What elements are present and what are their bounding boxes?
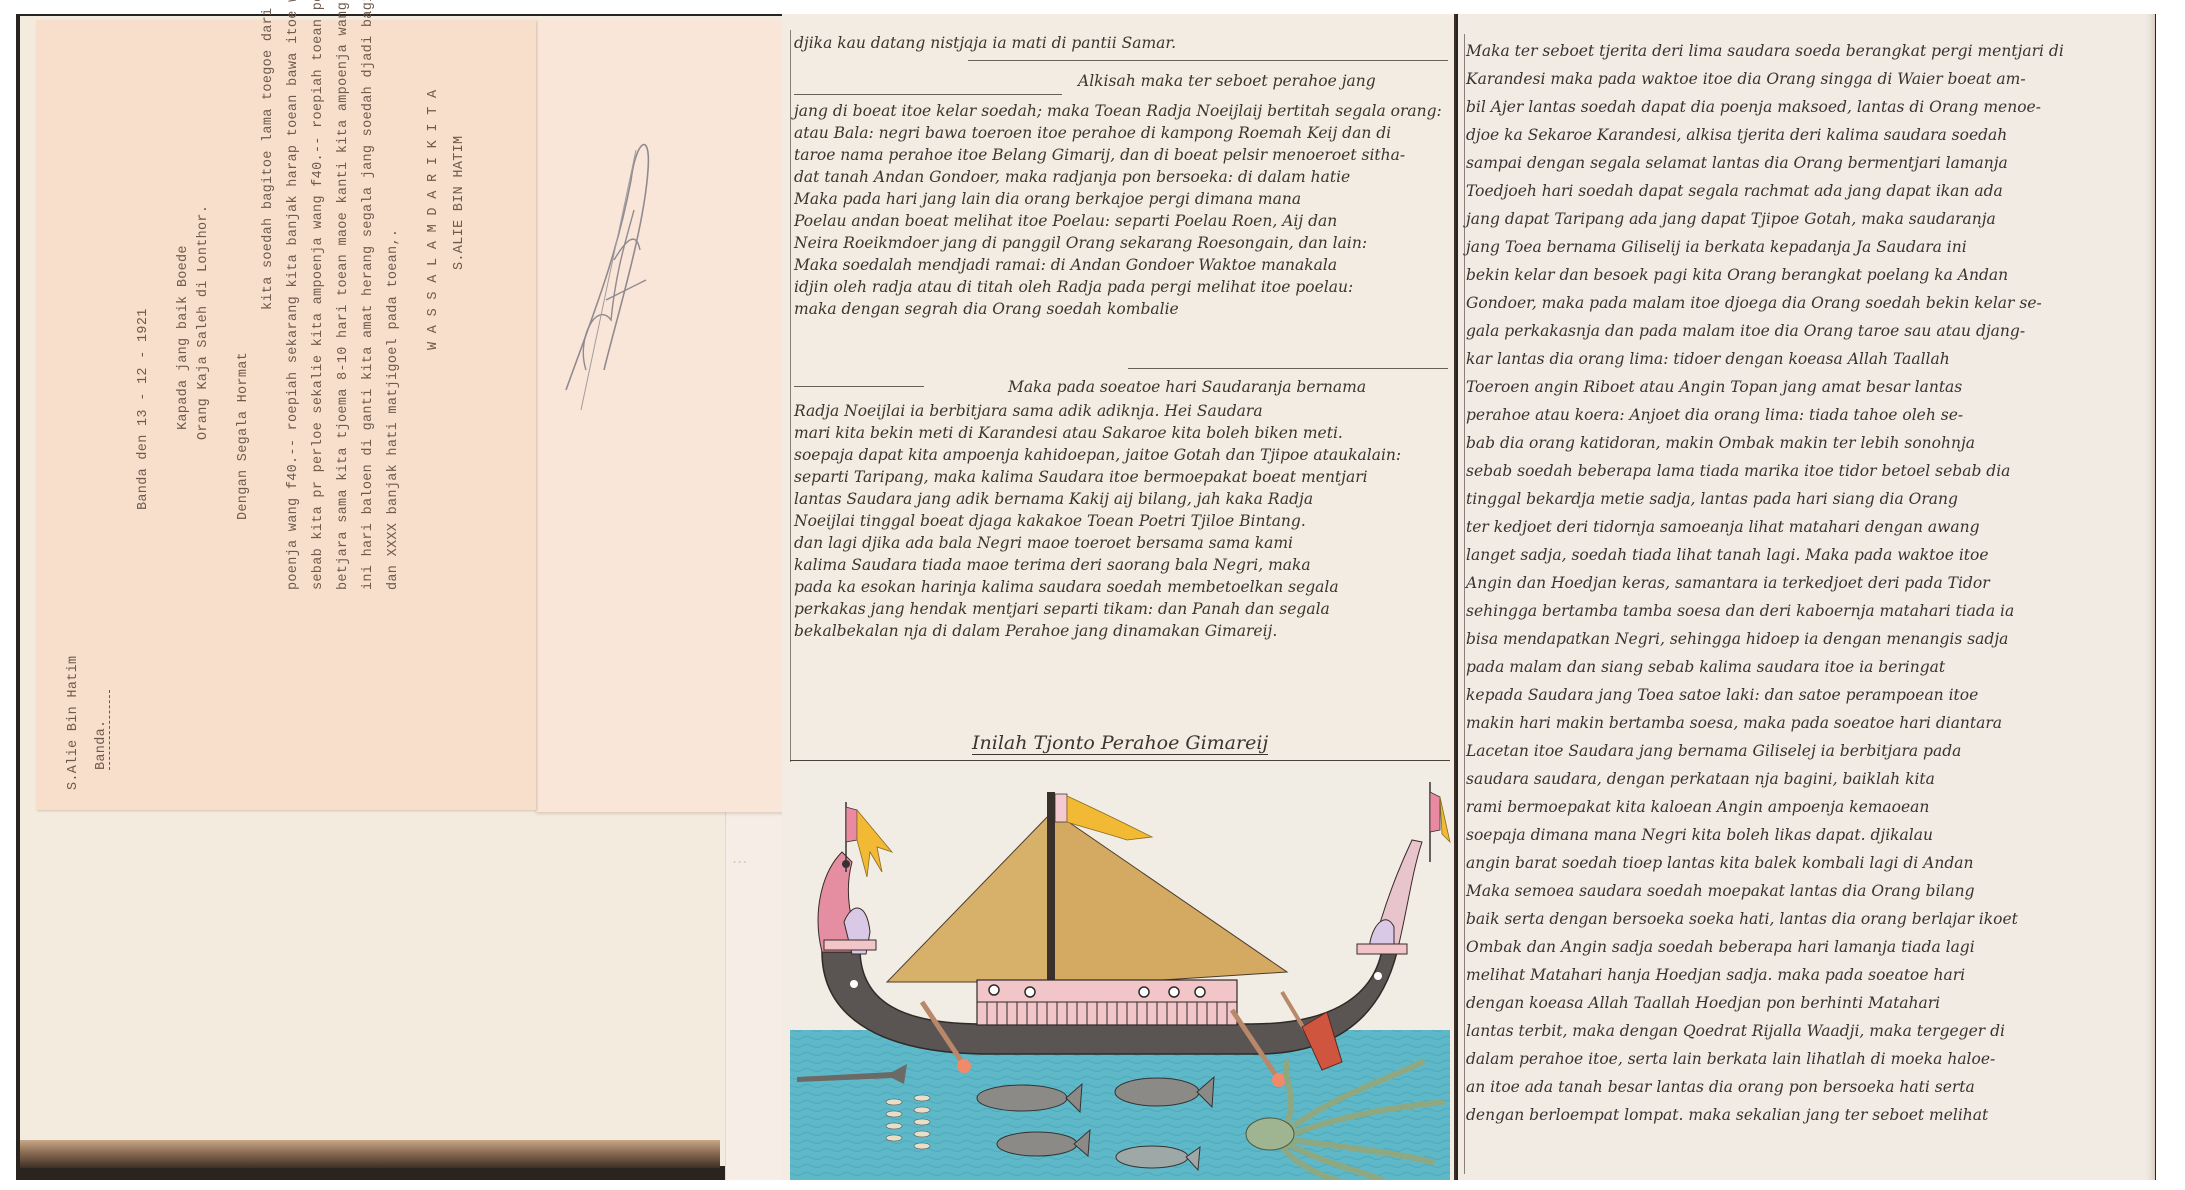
letter-body-line: kita soedah bagitoe lama toegoe dari kit… <box>261 0 276 310</box>
letter-body-line: poenja wang f40.-- roepiah sekarang kita… <box>286 0 301 590</box>
text-line: makin hari makin bertamba soesa, maka pa… <box>1466 712 2002 734</box>
manuscript-page-middle: djika kau datang nistjaja ia mati di pan… <box>782 14 1456 1180</box>
text-line: jang dapat Taripang ada jang dapat Tjipo… <box>1466 208 1996 230</box>
text-line: Radja Noeijlai ia berbitjara sama adik a… <box>794 400 1263 422</box>
text-line: melihat Matahari hanja Hoedjan sadja. ma… <box>1466 964 1965 986</box>
fish <box>1116 1146 1188 1168</box>
fish <box>1115 1078 1199 1106</box>
text-line: angin barat soedah tioep lantas kita bal… <box>1466 852 1974 874</box>
book-page-edges <box>20 1140 720 1168</box>
letter-recipient-2: Orang Kaja Saleh di Lonthor. <box>196 205 211 440</box>
ship-illustration <box>782 762 1454 1180</box>
text-line: perkakas jang hendak mentjari separti ti… <box>794 598 1330 620</box>
text-line: Neira Roeikmdoer jang di panggil Orang s… <box>794 232 1367 254</box>
text-line: rami bermoepakat kita kaloean Angin ampo… <box>1466 796 1929 818</box>
text-line: jang Toea bernama Giliselij ia berkata k… <box>1466 236 1967 258</box>
handwritten-signature-icon <box>556 120 666 420</box>
text-line: dat tanah Andan Gondoer, maka radjanja p… <box>794 166 1350 188</box>
text-line: jang di boeat itoe kelar soedah; maka To… <box>794 100 1442 122</box>
text-line: an itoe ada tanah besar lantas dia orang… <box>1466 1076 1975 1098</box>
text-line: Maka soedalah mendjadi ramai: di Andan G… <box>794 254 1337 276</box>
text-line: saudara saudara, dengan perkataan nja ba… <box>1466 768 1935 790</box>
letter-body-line: sebab kita pr perloe sekalie kita ampoen… <box>311 0 326 590</box>
text-line: Maka ter seboet tjerita deri lima saudar… <box>1466 40 2064 62</box>
text-line: dengan berloempat lompat. maka sekalian … <box>1466 1104 1988 1126</box>
text-line: lantas terbit, maka dengan Qoedrat Rijal… <box>1466 1020 2005 1042</box>
text-line: separti Taripang, maka kalima Saudara it… <box>794 466 1368 488</box>
text-line: maka dengan segrah dia Orang soedah komb… <box>794 298 1179 320</box>
text-line: pada malam dan siang sebab kalima saudar… <box>1466 656 1945 678</box>
text-line: idjin oleh radja atau di titah oleh Radj… <box>794 276 1353 298</box>
text-line: kalima Saudara tiada maoe terima deri sa… <box>794 554 1311 576</box>
text-line: Karandesi maka pada waktoe itoe dia Oran… <box>1466 68 2026 90</box>
text-line: djoe ka Sekaroe Karandesi, alkisa tjerit… <box>1466 124 2007 146</box>
letter-recipient: Kapada jang baik Boede <box>176 245 191 430</box>
text-line: Lacetan itoe Saudara jang bernama Gilise… <box>1466 740 1961 762</box>
text-line: Maka pada hari jang lain dia orang berka… <box>794 188 1301 210</box>
text-line: gala perkakasnja dan pada malam itoe dia… <box>1466 320 2025 342</box>
manuscript-page-right: Maka ter seboet tjerita deri lima saudar… <box>1458 14 2155 1180</box>
flag-left <box>846 807 857 842</box>
text-line: dengan koeasa Allah Taallah Hoedjan pon … <box>1466 992 1940 1014</box>
illustration-frame-top <box>790 760 1450 761</box>
mast <box>1047 792 1055 1002</box>
fish <box>977 1085 1067 1111</box>
text-line: sehingga bertamba tamba soesa dan deri k… <box>1466 600 2014 622</box>
text-line: bisa mendapatkan Negri, sehingga hidoep … <box>1466 628 2008 650</box>
text-line: Toedjoeh hari soedah dapat segala rachma… <box>1466 180 2003 202</box>
text-line: Maka pada soeatoe hari Saudaranja bernam… <box>1008 376 1366 398</box>
text-line: Alkisah maka ter seboet perahoe jang <box>1078 70 1376 92</box>
letter-body-line: betjara sama kita tjoema 8-10 hari toean… <box>336 0 351 590</box>
text-line: Maka semoea saudara soedah moepakat lant… <box>1466 880 1975 902</box>
text-line: atau Bala: negri bawa toeroen itoe perah… <box>794 122 1391 144</box>
letter-signatory: S.ALIE BIN HATIM <box>452 136 467 270</box>
section-rule <box>1128 368 1448 369</box>
text-line: Toeroen angin Riboet atau Angin Topan ja… <box>1466 376 1962 398</box>
letter-sender-place: Banda. <box>94 690 110 770</box>
text-line: ter kedjoet deri tidornja samoeanja liha… <box>1466 516 1980 538</box>
text-line: bekalbekalan nja di dalam Perahoe jang d… <box>794 620 1277 642</box>
text-line: mari kita bekin meti di Karandesi atau S… <box>794 422 1343 444</box>
typed-letter: Banda den 13 - 12 - 1921 Kapada jang bai… <box>36 20 536 810</box>
text-line: sampai dengan segala selamat lantas dia … <box>1466 152 2008 174</box>
text-line: dan lagi djika ada bala Negri maoe toero… <box>794 532 1293 554</box>
text-line: baik serta dengan bersoeka soeka hati, l… <box>1466 908 2018 930</box>
text-line: kepada Saudara jang Toea satoe laki: dan… <box>1466 684 1978 706</box>
letter-sender-name: S.Alie Bin Hatim <box>66 656 81 790</box>
letter-closing: W A S S A L A M D A R I K I T A <box>426 90 441 350</box>
text-line: langet sadja, soedah tiada lihat tanah l… <box>1466 544 1989 566</box>
underlying-notebook-page: ... <box>725 808 784 1180</box>
text-line: Ombak dan Angin sadja soedah beberapa ha… <box>1466 936 1975 958</box>
text-line: djika kau datang nistjaja ia mati di pan… <box>794 32 1176 54</box>
letter-folded-flap <box>536 20 786 812</box>
illustration-caption: Inilah Tjonto Perahoe Gimareij <box>972 732 1268 755</box>
text-line: Poelau andan boeat melihat itoe Poelau: … <box>794 210 1337 232</box>
text-line: Angin dan Hoedjan keras, samantara ia te… <box>1466 572 1990 594</box>
flag-right <box>1430 792 1440 832</box>
fish <box>997 1132 1077 1156</box>
text-line: sebab soedah beberapa lama tiada marika … <box>1466 460 2010 482</box>
text-line: perahoe atau koera: Anjoet dia orang lim… <box>1466 404 1963 426</box>
text-line: taroe nama perahoe itoe Belang Gimarij, … <box>794 144 1405 166</box>
text-line: Noeijlai tinggal boeat djaga kakakoe Toe… <box>794 510 1306 532</box>
text-line: tinggal bekardja metie sadja, lantas pad… <box>1466 488 1958 510</box>
text-line: soepaja dimana mana Negri kita boleh lik… <box>1466 824 1933 846</box>
section-rule <box>794 94 1062 95</box>
letter-date: Banda den 13 - 12 - 1921 <box>136 308 151 510</box>
margin-line <box>1464 34 1465 1174</box>
text-line: soepaja dapat kita ampoenja kahidoepan, … <box>794 444 1401 466</box>
text-line: bil Ajer lantas soedah dapat dia poenja … <box>1466 96 2041 118</box>
letter-body-line: ini hari baloen di ganti kita amat heran… <box>361 0 376 590</box>
text-line: pada ka esokan harinja kalima saudara so… <box>794 576 1339 598</box>
text-line: lantas Saudara jang adik bernama Kakij a… <box>794 488 1313 510</box>
text-line: dalam perahoe itoe, serta lain berkata l… <box>1466 1048 1995 1070</box>
section-rule <box>794 386 924 387</box>
section-rule <box>968 60 1448 61</box>
letter-body-line: dan XXXX banjak hati matjigoel pada toea… <box>386 229 401 590</box>
text-line: bab dia orang katidoran, makin Ombak mak… <box>1466 432 1975 454</box>
text-line: Gondoer, maka pada malam itoe djoega dia… <box>1466 292 2042 314</box>
letter-rotated-content: Banda den 13 - 12 - 1921 Kapada jang bai… <box>36 20 536 810</box>
text-line: bekin kelar dan besoek pagi kita Orang b… <box>1466 264 2008 286</box>
text-line: kar lantas dia orang lima: tidoer dengan… <box>1466 348 1950 370</box>
letter-salutation: Dengan Segala Hormat <box>236 352 251 520</box>
faded-text: ... <box>732 848 747 867</box>
